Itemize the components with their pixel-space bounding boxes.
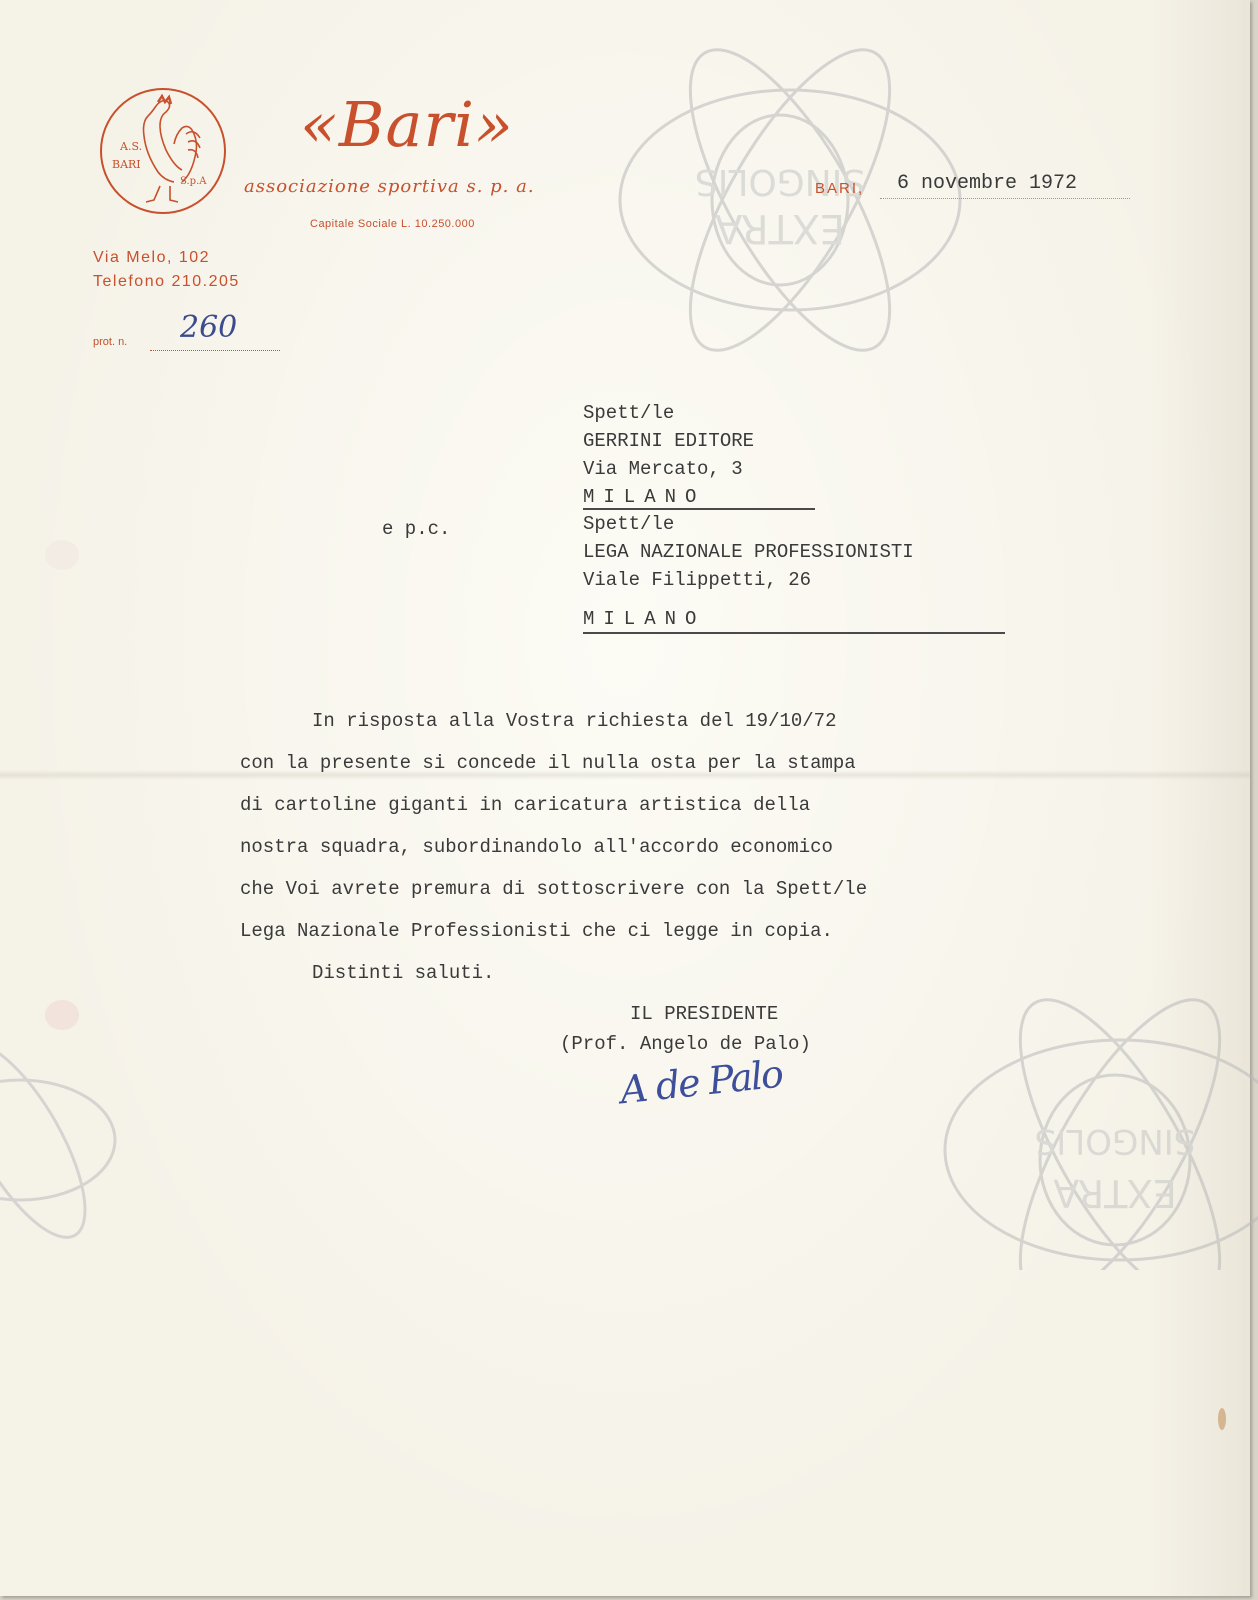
- cc-street: Viale Filippetti, 26: [583, 569, 811, 591]
- signatory-title: IL PRESIDENTE: [630, 1003, 778, 1025]
- club-name: «Bari»: [300, 88, 514, 161]
- share-capital: Capitale Sociale L. 10.250.000: [310, 218, 475, 230]
- body-line: di cartoline giganti in caricatura artis…: [240, 794, 810, 816]
- recipient-city: MILANO: [583, 486, 705, 508]
- recipient-city-underline: [583, 508, 815, 510]
- svg-text:S.p.A: S.p.A: [180, 176, 207, 187]
- svg-text:BARI: BARI: [112, 158, 141, 171]
- date-city: BARI,: [815, 180, 864, 197]
- svg-text:EXTRA: EXTRA: [714, 205, 845, 251]
- letter-page: SINGOLIS EXTRA SINGOLIS EXTRA: [0, 0, 1250, 1596]
- svg-text:A.S.: A.S.: [119, 140, 142, 153]
- cc-city: MILANO: [583, 608, 705, 630]
- protocol-line: [150, 350, 280, 351]
- club-subtitle: associazione sportiva s. p. a.: [244, 176, 535, 197]
- protocol-number: 260: [180, 310, 237, 345]
- svg-text:SINGOLIS: SINGOLIS: [1035, 1121, 1196, 1161]
- recipient-salutation: Spett/le: [583, 402, 674, 424]
- watermark-stamp-top: SINGOLIS EXTRA: [600, 40, 980, 370]
- svg-text:EXTRA: EXTRA: [1053, 1171, 1176, 1215]
- punch-mark: [45, 540, 79, 570]
- punch-mark: [45, 1000, 79, 1030]
- cc-salutation: Spett/le: [583, 513, 674, 535]
- letter-date: 6 novembre 1972: [897, 172, 1077, 195]
- recipient-name: GERRINI EDITORE: [583, 430, 754, 452]
- body-line: In risposta alla Vostra richiesta del 19…: [312, 710, 837, 732]
- address-street: Via Melo, 102: [93, 246, 240, 270]
- body-line: Lega Nazionale Professionisti che ci leg…: [240, 920, 833, 942]
- club-address: Via Melo, 102 Telefono 210.205: [93, 246, 240, 294]
- cc-name: LEGA NAZIONALE PROFESSIONISTI: [583, 541, 914, 563]
- protocol-label: prot. n.: [93, 336, 127, 348]
- body-line: che Voi avrete premura di sottoscrivere …: [240, 878, 867, 900]
- recipient-street: Via Mercato, 3: [583, 458, 743, 480]
- handwritten-signature: A de Palo: [618, 1052, 784, 1113]
- closing: Distinti saluti.: [312, 962, 494, 984]
- watermark-stamp-left: [0, 1020, 130, 1280]
- cc-city-underline: [583, 632, 1005, 634]
- date-line: [880, 198, 1130, 199]
- body-line: nostra squadra, subordinandolo all'accor…: [240, 836, 833, 858]
- watermark-stamp-bottom-right: SINGOLIS EXTRA: [920, 950, 1258, 1270]
- club-logo: A.S. BARI S.p.A: [98, 86, 228, 216]
- paper-stain: [1218, 1408, 1226, 1430]
- address-phone: Telefono 210.205: [93, 270, 240, 294]
- body-line: con la presente si concede il nulla osta…: [240, 752, 856, 774]
- cc-label: e p.c.: [382, 518, 450, 540]
